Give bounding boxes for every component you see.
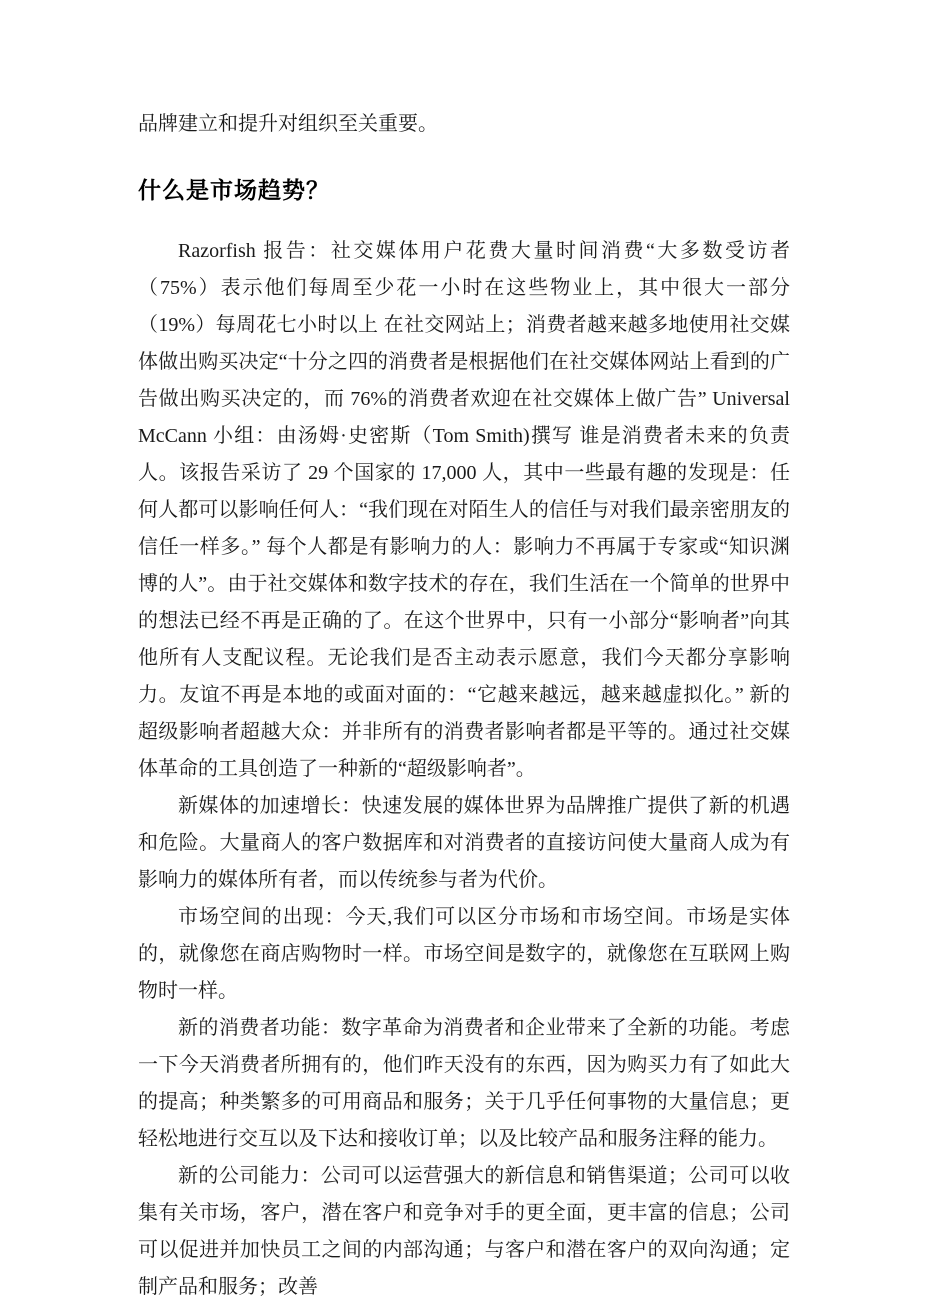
section-heading: 什么是市场趋势？ [138,175,790,205]
body-paragraph: 新的消费者功能：数字革命为消费者和企业带来了全新的功能。考虑一下今天消费者所拥有… [138,1010,790,1158]
body-paragraph: 新的公司能力：公司可以运营强大的新信息和销售渠道；公司可以收集有关市场，客户，潜… [138,1158,790,1306]
body-paragraph: 新媒体的加速增长：快速发展的媒体世界为品牌推广提供了新的机遇和危险。大量商人的客… [138,788,790,899]
body-paragraph: 市场空间的出现：今天,我们可以区分市场和市场空间。市场是实体的，就像您在商店购物… [138,899,790,1010]
document-page: 品牌建立和提升对组织至关重要。 什么是市场趋势？ Razorfish 报告：社交… [138,0,790,1306]
body-paragraph: Razorfish 报告：社交媒体用户花费大量时间消费“大多数受访者（75%）表… [138,233,790,788]
continued-paragraph: 品牌建立和提升对组织至关重要。 [138,0,790,143]
